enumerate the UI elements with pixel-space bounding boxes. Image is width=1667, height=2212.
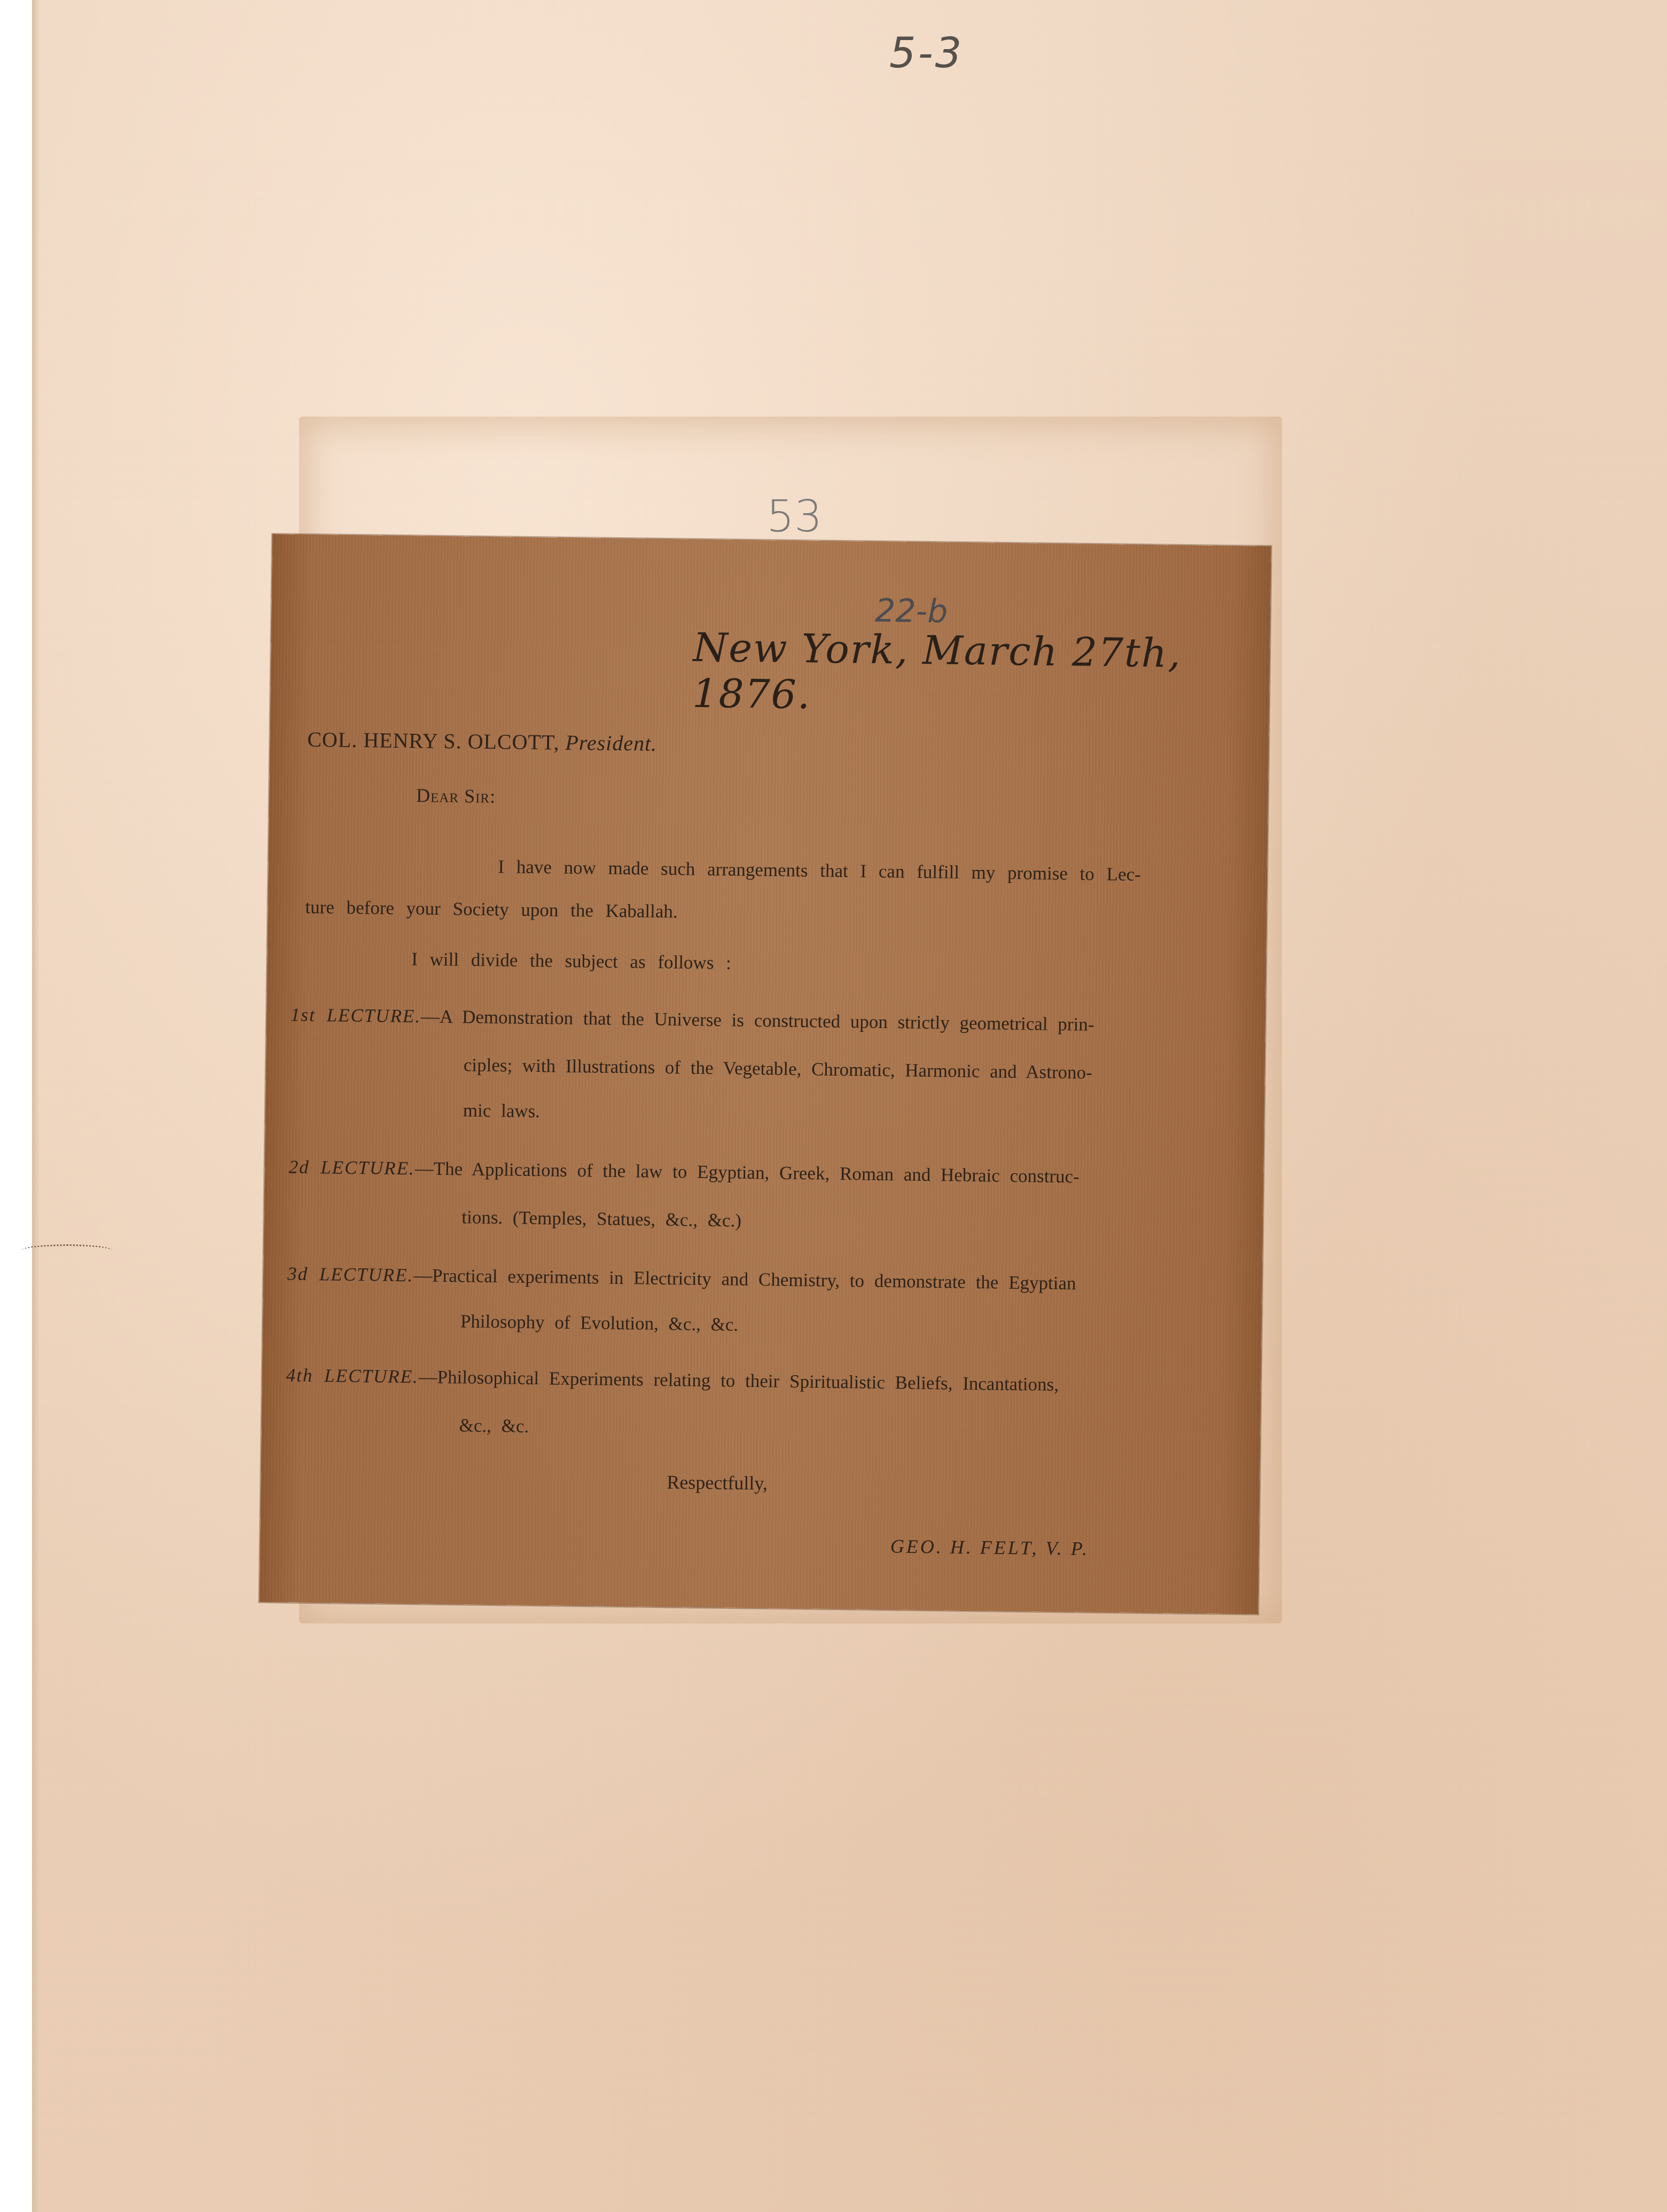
addressee-title: President.: [565, 731, 657, 756]
dateline: New York, March 27th, 1876.: [692, 625, 1270, 724]
addressee: COL. HENRY S. OLCOTT, President.: [307, 727, 657, 756]
salutation: Dear Sir:: [416, 784, 496, 807]
lecture-text: tions. (Temples, Statues, &c., &c.): [461, 1206, 741, 1231]
body-line: ture before your Society upon the Kaball…: [305, 898, 678, 921]
folio-number: 53: [766, 491, 822, 542]
signature: GEO. H. FELT, V. P.: [890, 1535, 1090, 1560]
body-line: I will divide the subject as follows :: [411, 950, 731, 972]
page-edge: [32, 0, 40, 2212]
pencil-annotation: 22-b: [875, 592, 948, 631]
paper-tear: [21, 1244, 112, 1257]
lecture-label: 1st LECTURE.: [291, 1004, 421, 1026]
lecture-label: 3d LECTURE.: [287, 1263, 414, 1285]
lecture-text: Philosophy of Evolution, &c., &c.: [460, 1311, 739, 1335]
lecture-text: &c., &c.: [459, 1415, 529, 1437]
letter-sheet: 22-b New York, March 27th, 1876. COL. HE…: [260, 534, 1271, 1614]
lecture-label: 4th LECTURE.: [286, 1364, 419, 1387]
lecture-text: mic laws.: [463, 1100, 541, 1122]
top-annotation: 5-3: [889, 29, 964, 77]
lecture-label: 2d LECTURE.: [288, 1156, 415, 1179]
closing: Respectfully,: [667, 1471, 768, 1494]
addressee-name: COL. HENRY S. OLCOTT,: [307, 727, 560, 755]
